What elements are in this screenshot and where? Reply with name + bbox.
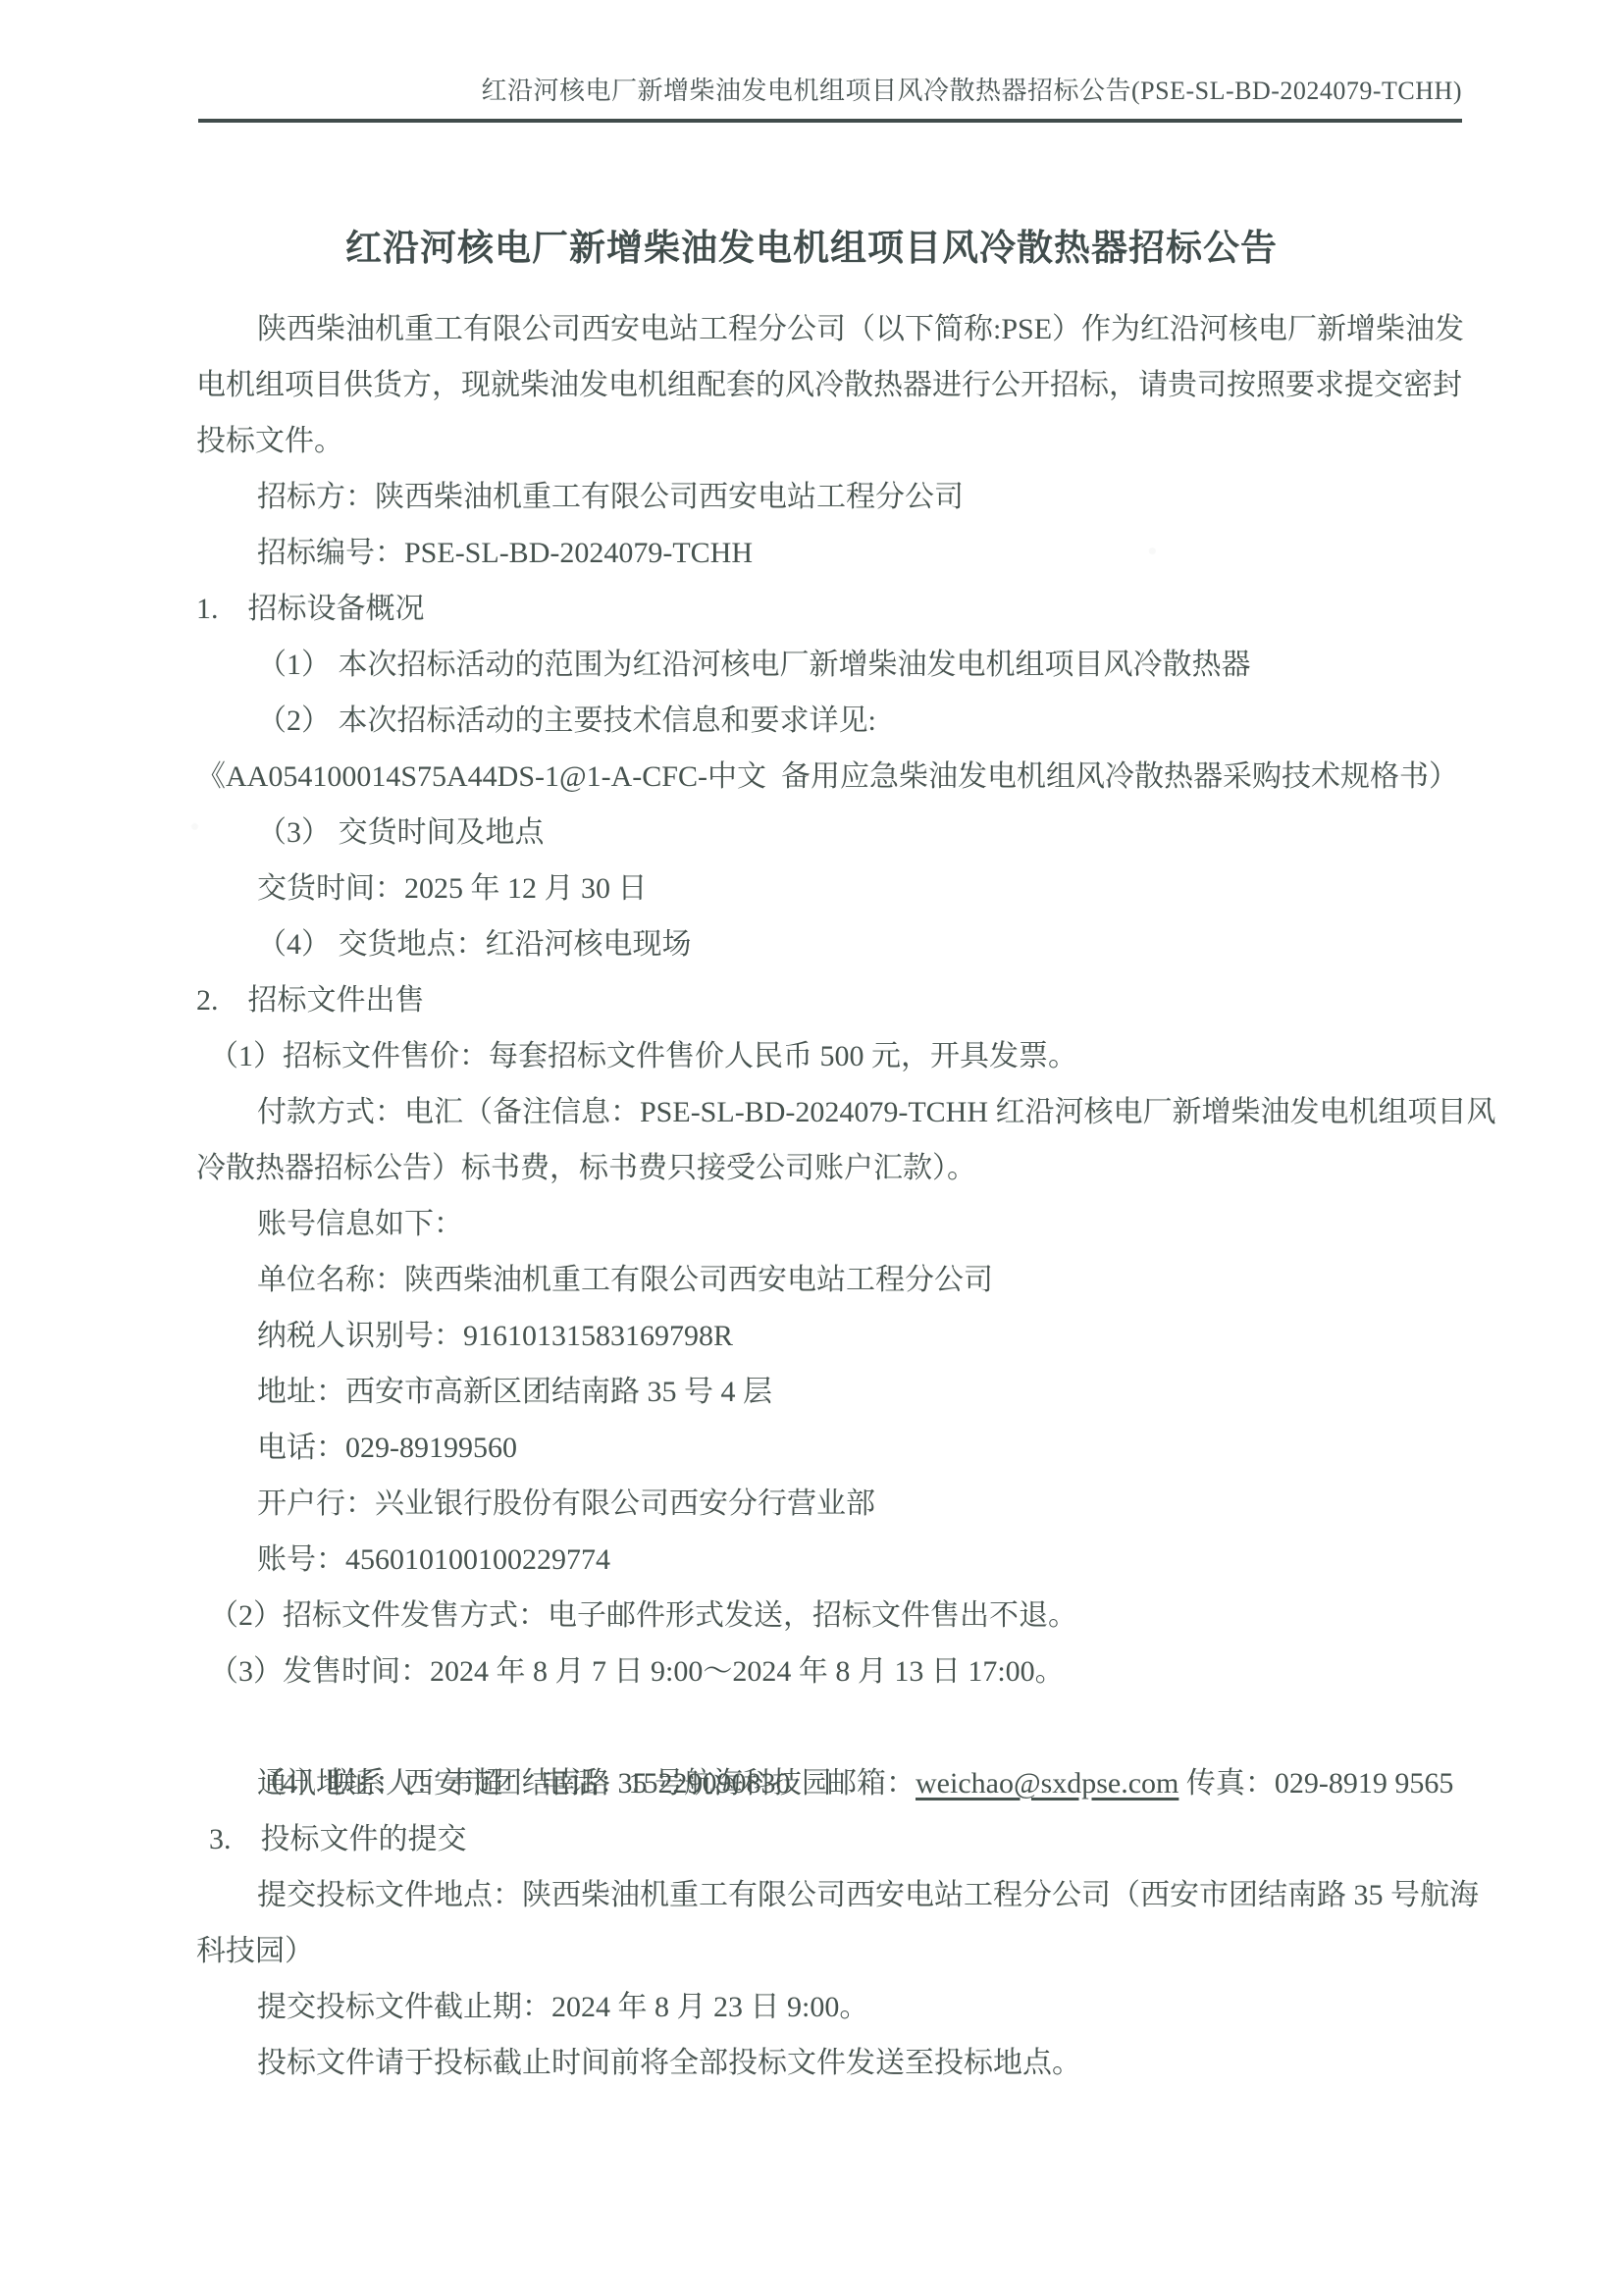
section-3-heading: 3. 投标文件的提交 xyxy=(196,1811,1482,1867)
section-2-item-4-contact-line: （4）联系人：韦超 电话：15229090830 邮箱：weichao@sxdp… xyxy=(196,1699,1482,1755)
address-line: 地址：西安市高新区团结南路 35 号 4 层 xyxy=(196,1364,1482,1420)
phone-line: 电话：029-89199560 xyxy=(196,1420,1482,1476)
tender-party-line: 招标方：陕西柴油机重工有限公司西安电站工程分公司 xyxy=(196,469,1482,525)
header-rule xyxy=(198,119,1462,123)
intro-para-line-2: 电机组项目供货方，现就柴油发电机组配套的风冷散热器进行公开招标，请贵司按照要求提… xyxy=(196,357,1482,413)
submission-address-line-1: 提交投标文件地点：陕西柴油机重工有限公司西安电站工程分公司（西安市团结南路 35… xyxy=(196,1867,1482,1923)
account-number-line: 账号：456010100100229774 xyxy=(196,1532,1482,1588)
section-2-item-3: （3）发售时间：2024 年 8 月 7 日 9:00～2024 年 8 月 1… xyxy=(196,1644,1482,1699)
section-1-heading: 1. 招标设备概况 xyxy=(196,581,1482,637)
section-1-item-1: （1） 本次招标活动的范围为红沿河核电厂新增柴油发电机组项目风冷散热器 xyxy=(196,637,1482,693)
contact-line-after: 传真：029-8919 9565 xyxy=(1178,1767,1453,1800)
intro-para-line-1: 陕西柴油机重工有限公司西安电站工程分公司（以下简称:PSE）作为红沿河核电厂新增… xyxy=(196,301,1482,357)
section-1-item-4: （4） 交货地点：红沿河核电现场 xyxy=(196,916,1482,972)
tender-number-line: 招标编号：PSE-SL-BD-2024079-TCHH xyxy=(196,525,1482,581)
section-1-item-3: （3） 交货时间及地点 xyxy=(196,805,1482,861)
section-2-item-2: （2）招标文件发售方式：电子邮件形式发送，招标文件售出不退。 xyxy=(196,1588,1482,1644)
payment-method-line-2: 冷散热器招标公告）标书费，标书费只接受公司账户汇款）。 xyxy=(196,1140,1482,1196)
document-body: 陕西柴油机重工有限公司西安电站工程分公司（以下简称:PSE）作为红沿河核电厂新增… xyxy=(196,301,1482,2091)
delivery-time-line: 交货时间：2025 年 12 月 30 日 xyxy=(196,861,1482,916)
payment-method-line-1: 付款方式：电汇（备注信息：PSE-SL-BD-2024079-TCHH 红沿河核… xyxy=(196,1084,1482,1140)
document-page: 红沿河核电厂新增柴油发电机组项目风冷散热器招标公告(PSE-SL-BD-2024… xyxy=(0,0,1623,2296)
account-info-heading: 账号信息如下： xyxy=(196,1196,1482,1252)
bank-line: 开户行：兴业银行股份有限公司西安分行营业部 xyxy=(196,1476,1482,1532)
running-header: 红沿河核电厂新增柴油发电机组项目风冷散热器招标公告(PSE-SL-BD-2024… xyxy=(482,71,1463,107)
section-2-heading: 2. 招标文件出售 xyxy=(196,972,1482,1028)
intro-para-line-3: 投标文件。 xyxy=(196,413,1482,469)
spec-document-line: 《AA054100014S75A44DS-1@1-A-CFC-中文 备用应急柴油… xyxy=(196,749,1482,805)
document-title: 红沿河核电厂新增柴油发电机组项目风冷散热器招标公告 xyxy=(0,218,1623,271)
section-1-item-2: （2） 本次招标活动的主要技术信息和要求详见: xyxy=(196,693,1482,749)
submission-address-line-2: 科技园） xyxy=(196,1923,1482,1979)
submission-deadline-line: 提交投标文件截止期：2024 年 8 月 23 日 9:00。 xyxy=(196,1979,1482,2035)
contact-email-link[interactable]: weichao@sxdpse.com xyxy=(916,1767,1178,1800)
submission-note-line: 投标文件请于投标截止时间前将全部投标文件发送至投标地点。 xyxy=(196,2035,1482,2091)
company-name-line: 单位名称：陕西柴油机重工有限公司西安电站工程分公司 xyxy=(196,1252,1482,1308)
taxpayer-id-line: 纳税人识别号：91610131583169798R xyxy=(196,1308,1482,1364)
section-2-item-1: （1）招标文件售价：每套招标文件售价人民币 500 元，开具发票。 xyxy=(196,1028,1482,1084)
